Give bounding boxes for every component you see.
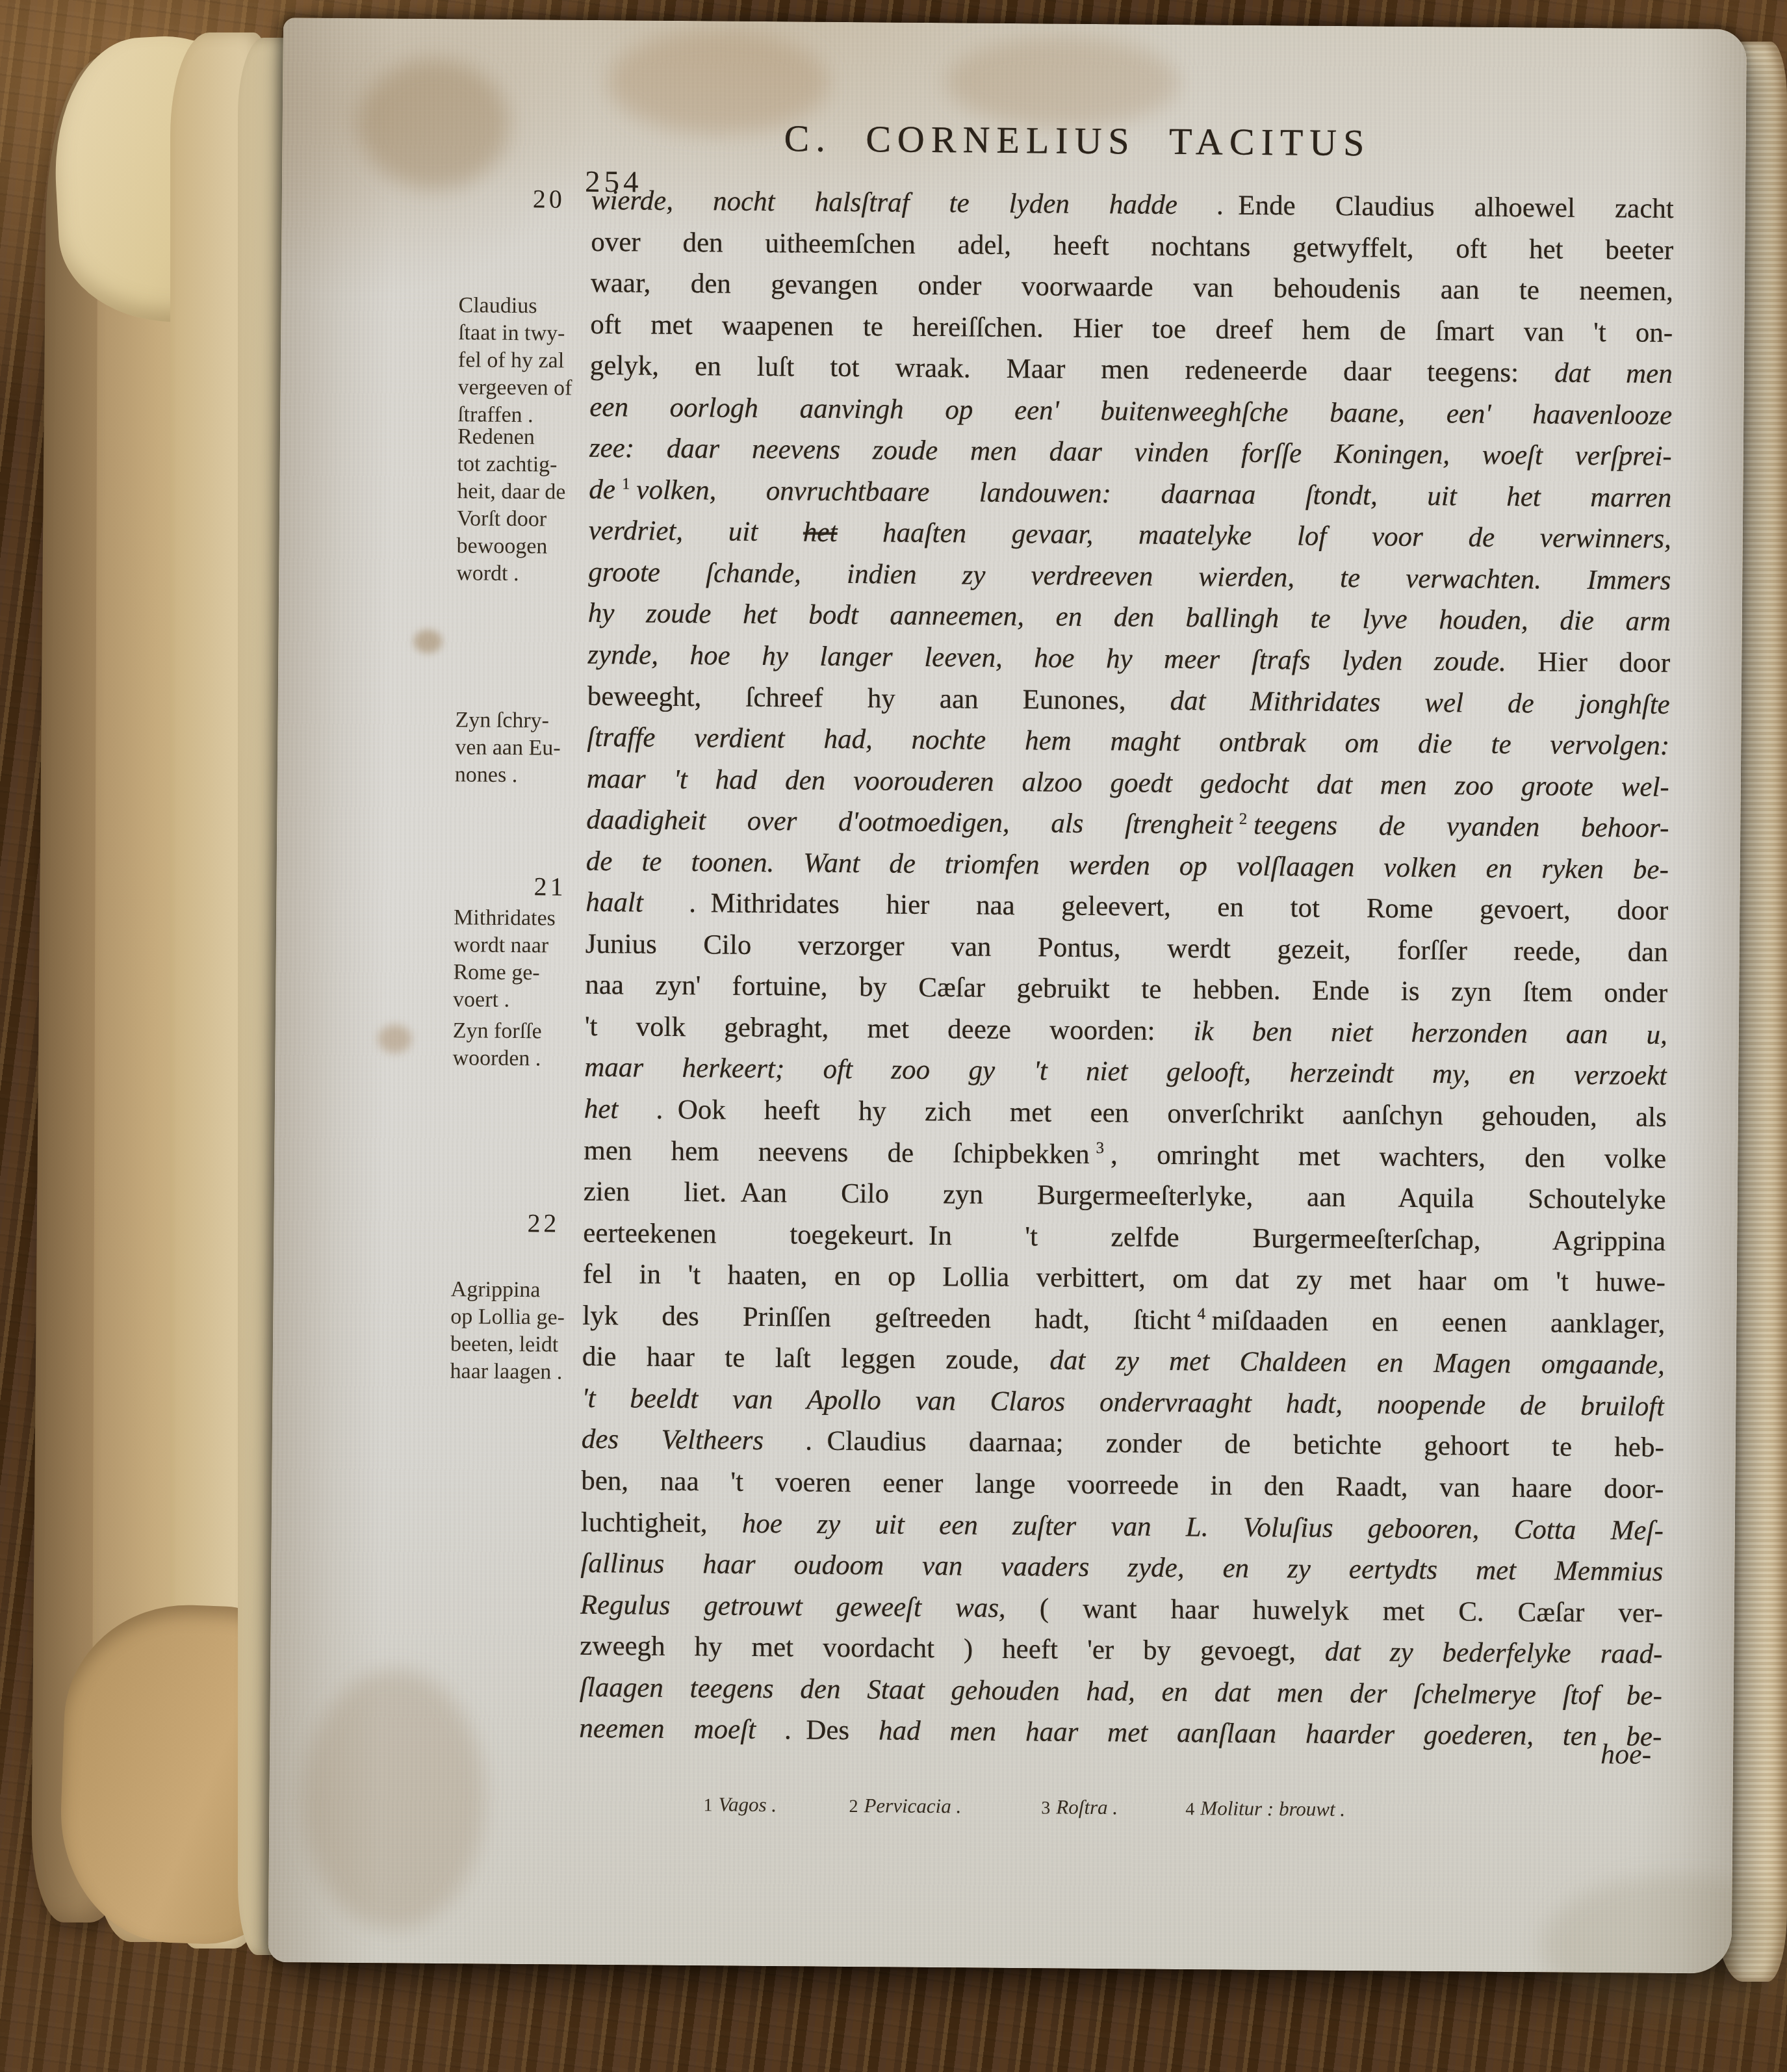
- margin-note: Zyn forſſewoorden .: [444, 1017, 585, 1073]
- text-block: wierde, nocht halsſtraf te lyden hadde .…: [579, 180, 1674, 1758]
- running-title: C. CORNELIUS TACITUS: [784, 116, 1370, 164]
- footnote: 4Molitur : brouwt .: [1185, 1796, 1345, 1821]
- margin-note: Claudiusſtaat in twy-fel of hy zalvergee…: [449, 292, 591, 430]
- photo-of-open-book: { "colors":{ "wood":"#4a3018", "paper":"…: [0, 0, 1787, 2072]
- fox-spot: [413, 630, 442, 653]
- margin-note: Agrippinaop Lollia ge-beeten, leidthaar …: [442, 1276, 583, 1386]
- section-number: 21: [534, 871, 566, 901]
- footnote: 1Vagos .: [703, 1793, 777, 1817]
- margin-note: Mithridateswordt naarRome ge-voert .: [444, 904, 585, 1015]
- footnote: 3Roſtra .: [1041, 1795, 1118, 1819]
- book-page: 254 C. CORNELIUS TACITUS 20Claudiusſtaat…: [268, 18, 1747, 1974]
- stain: [359, 58, 509, 190]
- text-line: neemen moeſt . Des had men haar met aanſ…: [579, 1708, 1662, 1758]
- margin-note: Redenentot zachtig-heit, daar deVorſt do…: [448, 423, 589, 588]
- fox-spot: [378, 1024, 412, 1053]
- margin-note: Zyn ſchry-ven aan Eu-nones .: [446, 706, 587, 790]
- section-number: 20: [533, 183, 565, 214]
- footnote: 2Pervicacia .: [849, 1794, 961, 1818]
- catchword: hoe-: [1601, 1737, 1652, 1771]
- section-number: 22: [527, 1208, 559, 1238]
